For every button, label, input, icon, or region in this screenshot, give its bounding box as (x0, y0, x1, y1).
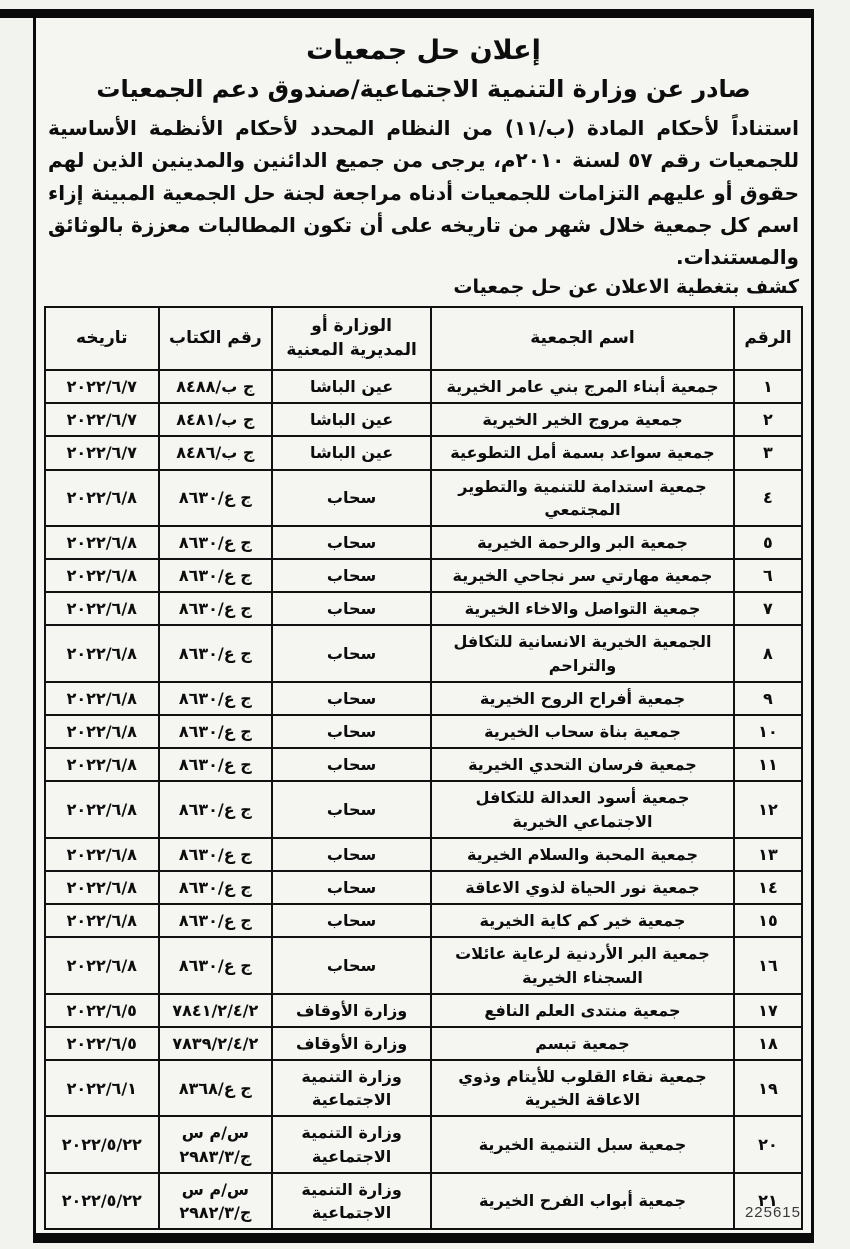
table-row: ٢ جمعية مروج الخير الخيرية عين الباشا ج … (45, 403, 802, 436)
cell-name: جمعية سواعد بسمة أمل التطوعية (431, 436, 734, 469)
cell-name: جمعية نور الحياة لذوي الاعاقة (431, 871, 734, 904)
table-row: ١٥ جمعية خير كم كاية الخيرية سحاب ج ع/٨٦… (45, 904, 802, 937)
cell-authority: عين الباشا (272, 436, 431, 469)
book-number-line1: ج ع/٨٦٣٠ (165, 909, 267, 932)
cell-authority: سحاب (272, 748, 431, 781)
list-caption: كشف بتغطية الاعلان عن حل جمعيات (48, 276, 799, 298)
book-number-line1: ٧٨٤١/٢/٤/٢ (165, 999, 267, 1022)
header-cell-no: الرقم (734, 307, 802, 370)
book-number-line1: ج ع/٨٦٣٠ (165, 843, 267, 866)
cell-authority: سحاب (272, 682, 431, 715)
table-header-row: الرقم اسم الجمعية الوزارة أو المديرية ال… (45, 307, 802, 370)
cell-authority: وزارة التنمية الاجتماعية (272, 1173, 431, 1229)
cell-book: ج ع/٨٦٣٠ (159, 781, 273, 837)
cell-name: جمعية مروج الخير الخيرية (431, 403, 734, 436)
table-row: ١ جمعية أبناء المرج بني عامر الخيرية عين… (45, 370, 802, 403)
cell-no: ١١ (734, 748, 802, 781)
cell-no: ١٢ (734, 781, 802, 837)
book-number-line1: ج ع/٨٦٣٠ (165, 486, 267, 509)
cell-name: جمعية نقاء القلوب للأيتام وذوي الاعاقة ا… (431, 1060, 734, 1116)
cell-authority: سحاب (272, 559, 431, 592)
cell-no: ١٩ (734, 1060, 802, 1116)
cell-authority: سحاب (272, 592, 431, 625)
book-number-line1: ج ع/٨٦٣٠ (165, 597, 267, 620)
cell-no: ١٥ (734, 904, 802, 937)
cell-name: جمعية بناة سحاب الخيرية (431, 715, 734, 748)
cell-date: ٢٠٢٢/٦/٨ (45, 559, 159, 592)
book-number-line2: ج/٢٩٨٣/٣ (165, 1145, 267, 1168)
table-row: ٤ جمعية استدامة للتنمية والتطوير المجتمع… (45, 470, 802, 526)
cell-name: جمعية فرسان التحدي الخيرية (431, 748, 734, 781)
cell-book: ج ب/٨٤٨١ (159, 403, 273, 436)
cell-no: ١ (734, 370, 802, 403)
cell-date: ٢٠٢٢/٦/٥ (45, 994, 159, 1027)
cell-no: ٢٠ (734, 1116, 802, 1172)
cell-name: الجمعية الخيرية الانسانية للتكافل والترا… (431, 625, 734, 681)
table-row: ٢٠ جمعية سبل التنمية الخيرية وزارة التنم… (45, 1116, 802, 1172)
cell-authority: سحاب (272, 625, 431, 681)
cell-no: ١٣ (734, 838, 802, 871)
cell-authority: وزارة التنمية الاجتماعية (272, 1060, 431, 1116)
cell-book: ج ع/٨٦٣٠ (159, 904, 273, 937)
cell-date: ٢٠٢٢/٦/٨ (45, 470, 159, 526)
cell-name: جمعية تبسم (431, 1027, 734, 1060)
cell-authority: وزارة الأوقاف (272, 994, 431, 1027)
cell-book: ج ب/٨٤٨٦ (159, 436, 273, 469)
announcement-title: إعلان حل جمعيات (42, 34, 805, 68)
book-number-line1: ج ع/٨٦٣٠ (165, 642, 267, 665)
table-row: ١٤ جمعية نور الحياة لذوي الاعاقة سحاب ج … (45, 871, 802, 904)
associations-table: الرقم اسم الجمعية الوزارة أو المديرية ال… (44, 306, 803, 1231)
table-row: ١٢ جمعية أسود العدالة للتكافل الاجتماعي … (45, 781, 802, 837)
table-row: ٧ جمعية التواصل والاخاء الخيرية سحاب ج ع… (45, 592, 802, 625)
announcement-subtitle: صادر عن وزارة التنمية الاجتماعية/صندوق د… (42, 74, 805, 104)
book-number-line1: ج ع/٨٦٣٠ (165, 564, 267, 587)
book-number-line1: ج ع/٨٦٣٠ (165, 954, 267, 977)
cell-date: ٢٠٢٢/٥/٢٢ (45, 1173, 159, 1229)
cell-date: ٢٠٢٢/٦/٨ (45, 871, 159, 904)
cell-authority: عين الباشا (272, 370, 431, 403)
cell-date: ٢٠٢٢/٦/١ (45, 1060, 159, 1116)
cell-book: ج ع/٨٦٣٠ (159, 871, 273, 904)
cell-name: جمعية استدامة للتنمية والتطوير المجتمعي (431, 470, 734, 526)
cell-name: جمعية التواصل والاخاء الخيرية (431, 592, 734, 625)
table-row: ١٩ جمعية نقاء القلوب للأيتام وذوي الاعاق… (45, 1060, 802, 1116)
cell-name: جمعية مهارتي سر نجاحي الخيرية (431, 559, 734, 592)
cell-name: جمعية أفراح الروح الخيرية (431, 682, 734, 715)
cell-authority: سحاب (272, 526, 431, 559)
cell-authority: سحاب (272, 781, 431, 837)
cell-no: ١٦ (734, 937, 802, 993)
cell-book: ج ع/٨٦٣٠ (159, 625, 273, 681)
cell-date: ٢٠٢٢/٦/٨ (45, 526, 159, 559)
cell-name: جمعية البر والرحمة الخيرية (431, 526, 734, 559)
cell-book: ج ع/٨٦٣٠ (159, 526, 273, 559)
book-number-line1: ج ب/٨٤٨٨ (165, 375, 267, 398)
cell-name: جمعية خير كم كاية الخيرية (431, 904, 734, 937)
book-number-line1: ج ع/٨٦٣٠ (165, 531, 267, 554)
table-row: ١٠ جمعية بناة سحاب الخيرية سحاب ج ع/٨٦٣٠… (45, 715, 802, 748)
cell-name: جمعية البر الأردنية لرعاية عائلات السجنا… (431, 937, 734, 993)
table-row: ١٦ جمعية البر الأردنية لرعاية عائلات الس… (45, 937, 802, 993)
table-row: ٣ جمعية سواعد بسمة أمل التطوعية عين البا… (45, 436, 802, 469)
cell-book: ج ع/٨٦٣٠ (159, 559, 273, 592)
intro-paragraph: استناداً لأحكام المادة (ب/١١) من النظام … (48, 112, 799, 274)
cell-book: ج ع/٨٣٦٨ (159, 1060, 273, 1116)
cell-no: ٤ (734, 470, 802, 526)
header-cell-authority: الوزارة أو المديرية المعنية (272, 307, 431, 370)
cell-book: س/م س ج/٢٩٨٣/٣ (159, 1116, 273, 1172)
table-row: ١٣ جمعية المحبة والسلام الخيرية سحاب ج ع… (45, 838, 802, 871)
book-number-line1: ج ع/٨٦٣٠ (165, 720, 267, 743)
cell-name: جمعية منتدى العلم النافع (431, 994, 734, 1027)
cell-no: ١٤ (734, 871, 802, 904)
cell-name: جمعية أبناء المرج بني عامر الخيرية (431, 370, 734, 403)
book-number-line1: ج ب/٨٤٨١ (165, 408, 267, 431)
table-row: ١١ جمعية فرسان التحدي الخيرية سحاب ج ع/٨… (45, 748, 802, 781)
announcement-frame: إعلان حل جمعيات صادر عن وزارة التنمية ال… (33, 9, 814, 1243)
header-cell-book: رقم الكتاب (159, 307, 273, 370)
cell-name: جمعية سبل التنمية الخيرية (431, 1116, 734, 1172)
book-number-line1: س/م س (165, 1178, 267, 1201)
cell-book: ج ب/٨٤٨٨ (159, 370, 273, 403)
book-number-line2: ج/٢٩٨٢/٣ (165, 1201, 267, 1224)
book-number-line1: ج ع/٨٦٣٠ (165, 687, 267, 710)
book-number-line1: س/م س (165, 1121, 267, 1144)
cell-authority: عين الباشا (272, 403, 431, 436)
table-row: ١٨ جمعية تبسم وزارة الأوقاف ٧٨٣٩/٢/٤/٢ ٢… (45, 1027, 802, 1060)
cell-book: ٧٨٤١/٢/٤/٢ (159, 994, 273, 1027)
cell-date: ٢٠٢٢/٦/٨ (45, 748, 159, 781)
cell-date: ٢٠٢٢/٦/٨ (45, 625, 159, 681)
cell-book: ج ع/٨٦٣٠ (159, 715, 273, 748)
cell-no: ٩ (734, 682, 802, 715)
cell-name: جمعية أبواب الفرح الخيرية (431, 1173, 734, 1229)
cell-no: ٥ (734, 526, 802, 559)
cell-no: ١٠ (734, 715, 802, 748)
cell-book: ج ع/٨٦٣٠ (159, 838, 273, 871)
book-number-line1: ج ع/٨٦٣٠ (165, 753, 267, 776)
cell-date: ٢٠٢٢/٦/٨ (45, 682, 159, 715)
book-number-line1: ج ب/٨٤٨٦ (165, 441, 267, 464)
footer-ref-number: 225615 (745, 1204, 801, 1221)
cell-book: ج ع/٨٦٣٠ (159, 937, 273, 993)
book-number-line1: ج ع/٨٣٦٨ (165, 1077, 267, 1100)
header-cell-date: تاريخه (45, 307, 159, 370)
cell-no: ٧ (734, 592, 802, 625)
cell-date: ٢٠٢٢/٦/٧ (45, 370, 159, 403)
cell-book: ج ع/٨٦٣٠ (159, 592, 273, 625)
cell-date: ٢٠٢٢/٦/٨ (45, 715, 159, 748)
cell-no: ٦ (734, 559, 802, 592)
cell-no: ٨ (734, 625, 802, 681)
cell-authority: سحاب (272, 937, 431, 993)
cell-authority: سحاب (272, 904, 431, 937)
cell-date: ٢٠٢٢/٦/٥ (45, 1027, 159, 1060)
cell-authority: سحاب (272, 871, 431, 904)
cell-authority: وزارة الأوقاف (272, 1027, 431, 1060)
book-number-line1: ٧٨٣٩/٢/٤/٢ (165, 1032, 267, 1055)
cell-date: ٢٠٢٢/٦/٨ (45, 937, 159, 993)
cell-date: ٢٠٢٢/٦/٨ (45, 592, 159, 625)
cell-name: جمعية أسود العدالة للتكافل الاجتماعي الخ… (431, 781, 734, 837)
cell-book: ج ع/٨٦٣٠ (159, 682, 273, 715)
book-number-line1: ج ع/٨٦٣٠ (165, 798, 267, 821)
book-number-line1: ج ع/٨٦٣٠ (165, 876, 267, 899)
table-row: ١٧ جمعية منتدى العلم النافع وزارة الأوقا… (45, 994, 802, 1027)
cell-book: ج ع/٨٦٣٠ (159, 470, 273, 526)
cell-authority: وزارة التنمية الاجتماعية (272, 1116, 431, 1172)
table-row: ٦ جمعية مهارتي سر نجاحي الخيرية سحاب ج ع… (45, 559, 802, 592)
table-row: ٢١ جمعية أبواب الفرح الخيرية وزارة التنم… (45, 1173, 802, 1229)
cell-date: ٢٠٢٢/٦/٨ (45, 904, 159, 937)
cell-name: جمعية المحبة والسلام الخيرية (431, 838, 734, 871)
cell-date: ٢٠٢٢/٦/٨ (45, 838, 159, 871)
cell-book: س/م س ج/٢٩٨٢/٣ (159, 1173, 273, 1229)
cell-authority: سحاب (272, 470, 431, 526)
table-row: ٥ جمعية البر والرحمة الخيرية سحاب ج ع/٨٦… (45, 526, 802, 559)
cell-date: ٢٠٢٢/٦/٧ (45, 403, 159, 436)
cell-book: ج ع/٨٦٣٠ (159, 748, 273, 781)
cell-no: ٢ (734, 403, 802, 436)
cell-date: ٢٠٢٢/٦/٨ (45, 781, 159, 837)
cell-book: ٧٨٣٩/٢/٤/٢ (159, 1027, 273, 1060)
table-row: ٨ الجمعية الخيرية الانسانية للتكافل والت… (45, 625, 802, 681)
cell-authority: سحاب (272, 715, 431, 748)
cell-no: ١٧ (734, 994, 802, 1027)
table-row: ٩ جمعية أفراح الروح الخيرية سحاب ج ع/٨٦٣… (45, 682, 802, 715)
cell-no: ٣ (734, 436, 802, 469)
header-cell-name: اسم الجمعية (431, 307, 734, 370)
cell-no: ١٨ (734, 1027, 802, 1060)
cell-date: ٢٠٢٢/٥/٢٢ (45, 1116, 159, 1172)
cell-authority: سحاب (272, 838, 431, 871)
cell-date: ٢٠٢٢/٦/٧ (45, 436, 159, 469)
